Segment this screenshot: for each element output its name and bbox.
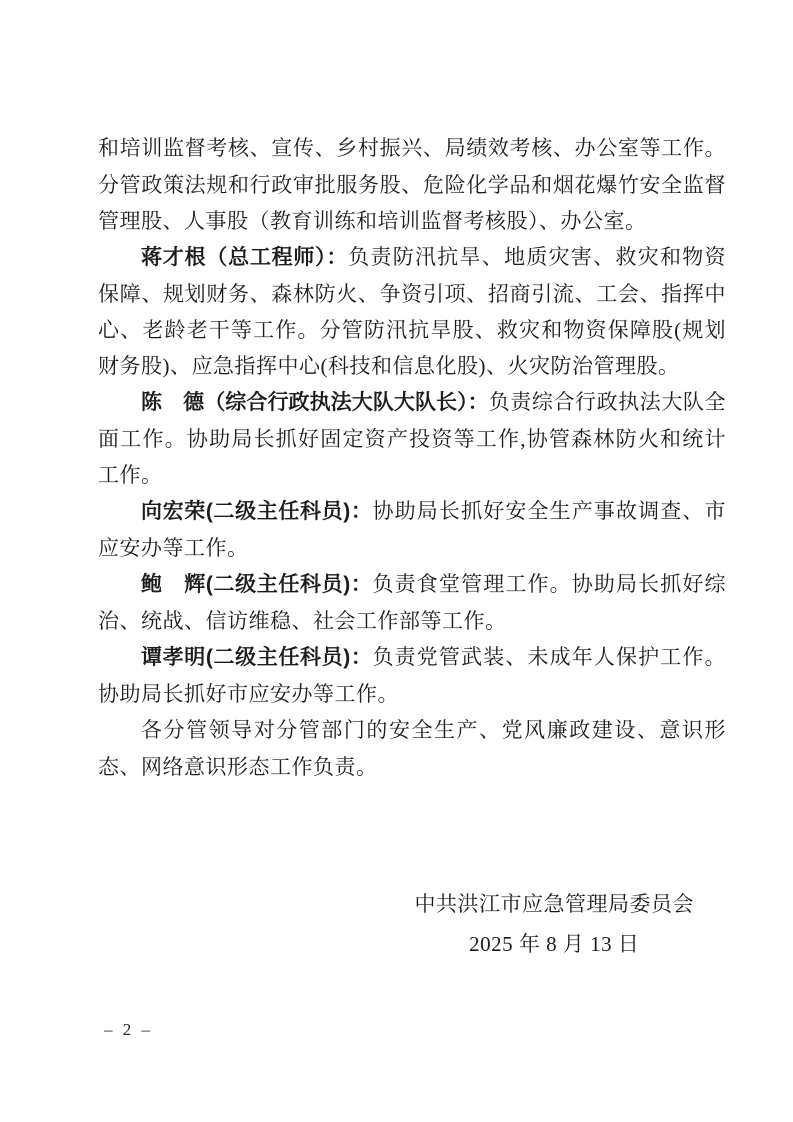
person-title-lead: 谭孝明(二级主任科员)： bbox=[141, 646, 373, 669]
paragraph: 和培训监督考核、宣传、乡村振兴、局绩效考核、办公室等工作。分管政策法规和行政审批… bbox=[98, 130, 726, 239]
paragraph: 鲍 辉(二级主任科员)：负责食堂管理工作。协助局长抓好综治、统战、信访维稳、社会… bbox=[98, 566, 726, 639]
paragraph: 向宏荣(二级主任科员)：协助局长抓好安全生产事故调查、市应安办等工作。 bbox=[98, 493, 726, 566]
signature-organization: 中共洪江市应急管理局委员会 bbox=[415, 884, 695, 924]
person-title-lead: 蒋才根（总工程师）： bbox=[141, 246, 348, 269]
person-title-lead: 陈 德（综合行政执法大队大队长）： bbox=[141, 391, 489, 414]
signature-date: 2025 年 8 月 13 日 bbox=[415, 924, 695, 964]
paragraph-text: 各分管领导对分管部门的安全生产、党风廉政建设、意识形态、网络意识形态工作负责。 bbox=[98, 718, 726, 779]
paragraph: 各分管领导对分管部门的安全生产、党风廉政建设、意识形态、网络意识形态工作负责。 bbox=[98, 712, 726, 785]
paragraph-text: 和培训监督考核、宣传、乡村振兴、局绩效考核、办公室等工作。分管政策法规和行政审批… bbox=[98, 136, 726, 233]
document-page: 和培训监督考核、宣传、乡村振兴、局绩效考核、办公室等工作。分管政策法规和行政审批… bbox=[0, 0, 793, 1122]
page-number: – 2 – bbox=[104, 1020, 153, 1040]
person-title-lead: 向宏荣(二级主任科员)： bbox=[141, 500, 373, 523]
signature-block: 中共洪江市应急管理局委员会 2025 年 8 月 13 日 bbox=[415, 884, 695, 964]
person-title-lead: 鲍 辉(二级主任科员)： bbox=[141, 573, 373, 596]
paragraph: 谭孝明(二级主任科员)：负责党管武装、未成年人保护工作。协助局长抓好市应安办等工… bbox=[98, 639, 726, 712]
paragraph: 陈 德（综合行政执法大队大队长）：负责综合行政执法大队全面工作。协助局长抓好固定… bbox=[98, 384, 726, 493]
document-body: 和培训监督考核、宣传、乡村振兴、局绩效考核、办公室等工作。分管政策法规和行政审批… bbox=[98, 130, 726, 785]
paragraph: 蒋才根（总工程师）：负责防汛抗旱、地质灾害、救灾和物资保障、规划财务、森林防火、… bbox=[98, 239, 726, 384]
